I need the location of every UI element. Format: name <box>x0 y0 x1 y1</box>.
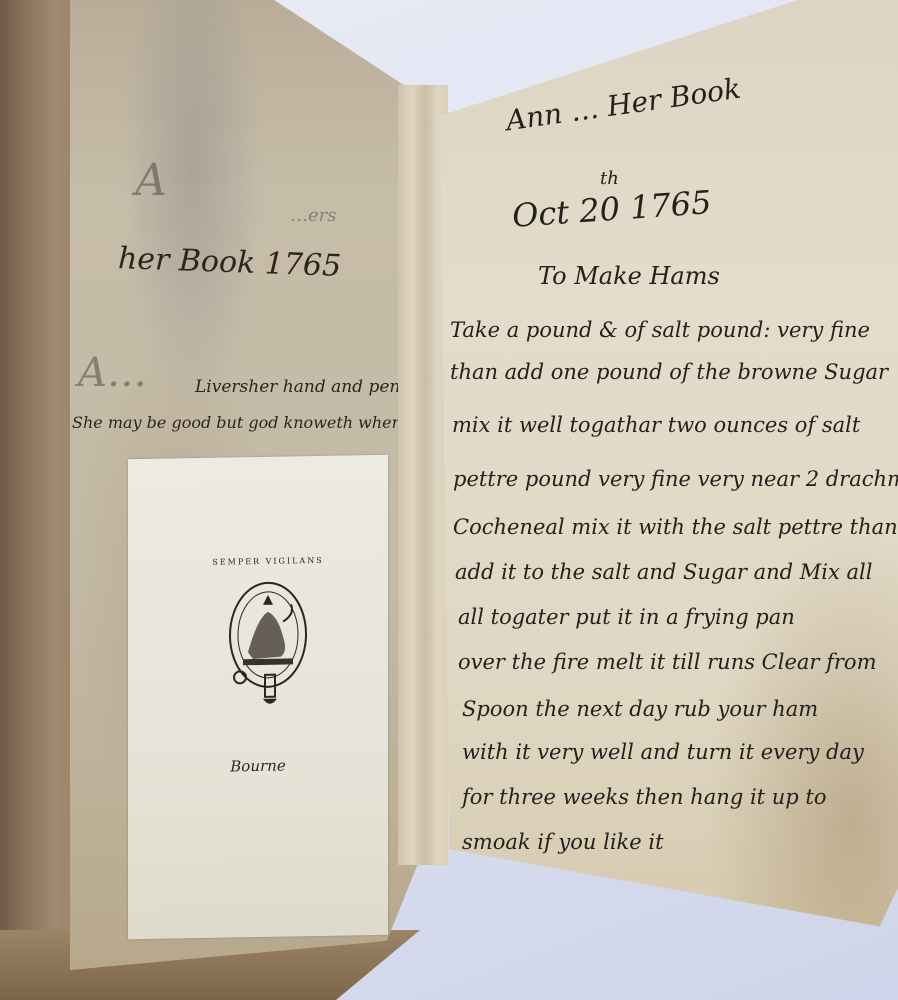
faded-name-2: A… <box>78 350 147 396</box>
recipe-line: over the fire melt it till runs Clear fr… <box>458 650 876 674</box>
leather-cover-edge <box>0 0 80 1000</box>
recipe-line: smoak if you like it <box>462 830 664 854</box>
recipe-line: mix it well togathar two ounces of salt <box>452 413 860 437</box>
recipe-line: Cocheneal mix it with the salt pettre th… <box>453 515 898 539</box>
verse-line-2: She may be good but god knoweth when <box>72 413 402 432</box>
recipe-line: Spoon the next day rub your ham <box>462 697 818 721</box>
recipe-line: Take a pound & of salt pound: very fine <box>450 318 870 342</box>
recipe-line: for three weeks then hang it up to <box>462 785 827 809</box>
verse-line-1: Liversher hand and pen <box>195 377 400 397</box>
book-gutter <box>398 85 448 865</box>
recipe-title: To Make Hams <box>538 262 720 290</box>
bookplate-motto: SEMPER VIGILANS <box>208 556 328 567</box>
crest-lion-icon <box>223 576 313 718</box>
faded-initial: A <box>135 155 167 206</box>
recipe-line: all togater put it in a frying pan <box>458 605 795 629</box>
recipe-line: pettre pound very fine very near 2 drach… <box>453 467 898 491</box>
bookplate-name: Bourne <box>128 755 388 778</box>
recipe-line: than add one pound of the browne Sugar <box>450 360 888 384</box>
recipe-line: with it very well and turn it every day <box>462 740 864 764</box>
armorial-bookplate: SEMPER VIGILANS Bourne <box>128 455 388 940</box>
date-superscript: th <box>600 168 619 189</box>
photo-scene: A …ers her Book 1765 A… Liversher hand a… <box>0 0 898 1000</box>
faded-surname: …ers <box>290 205 337 226</box>
recipe-line: add it to the salt and Sugar and Mix all <box>455 560 872 584</box>
